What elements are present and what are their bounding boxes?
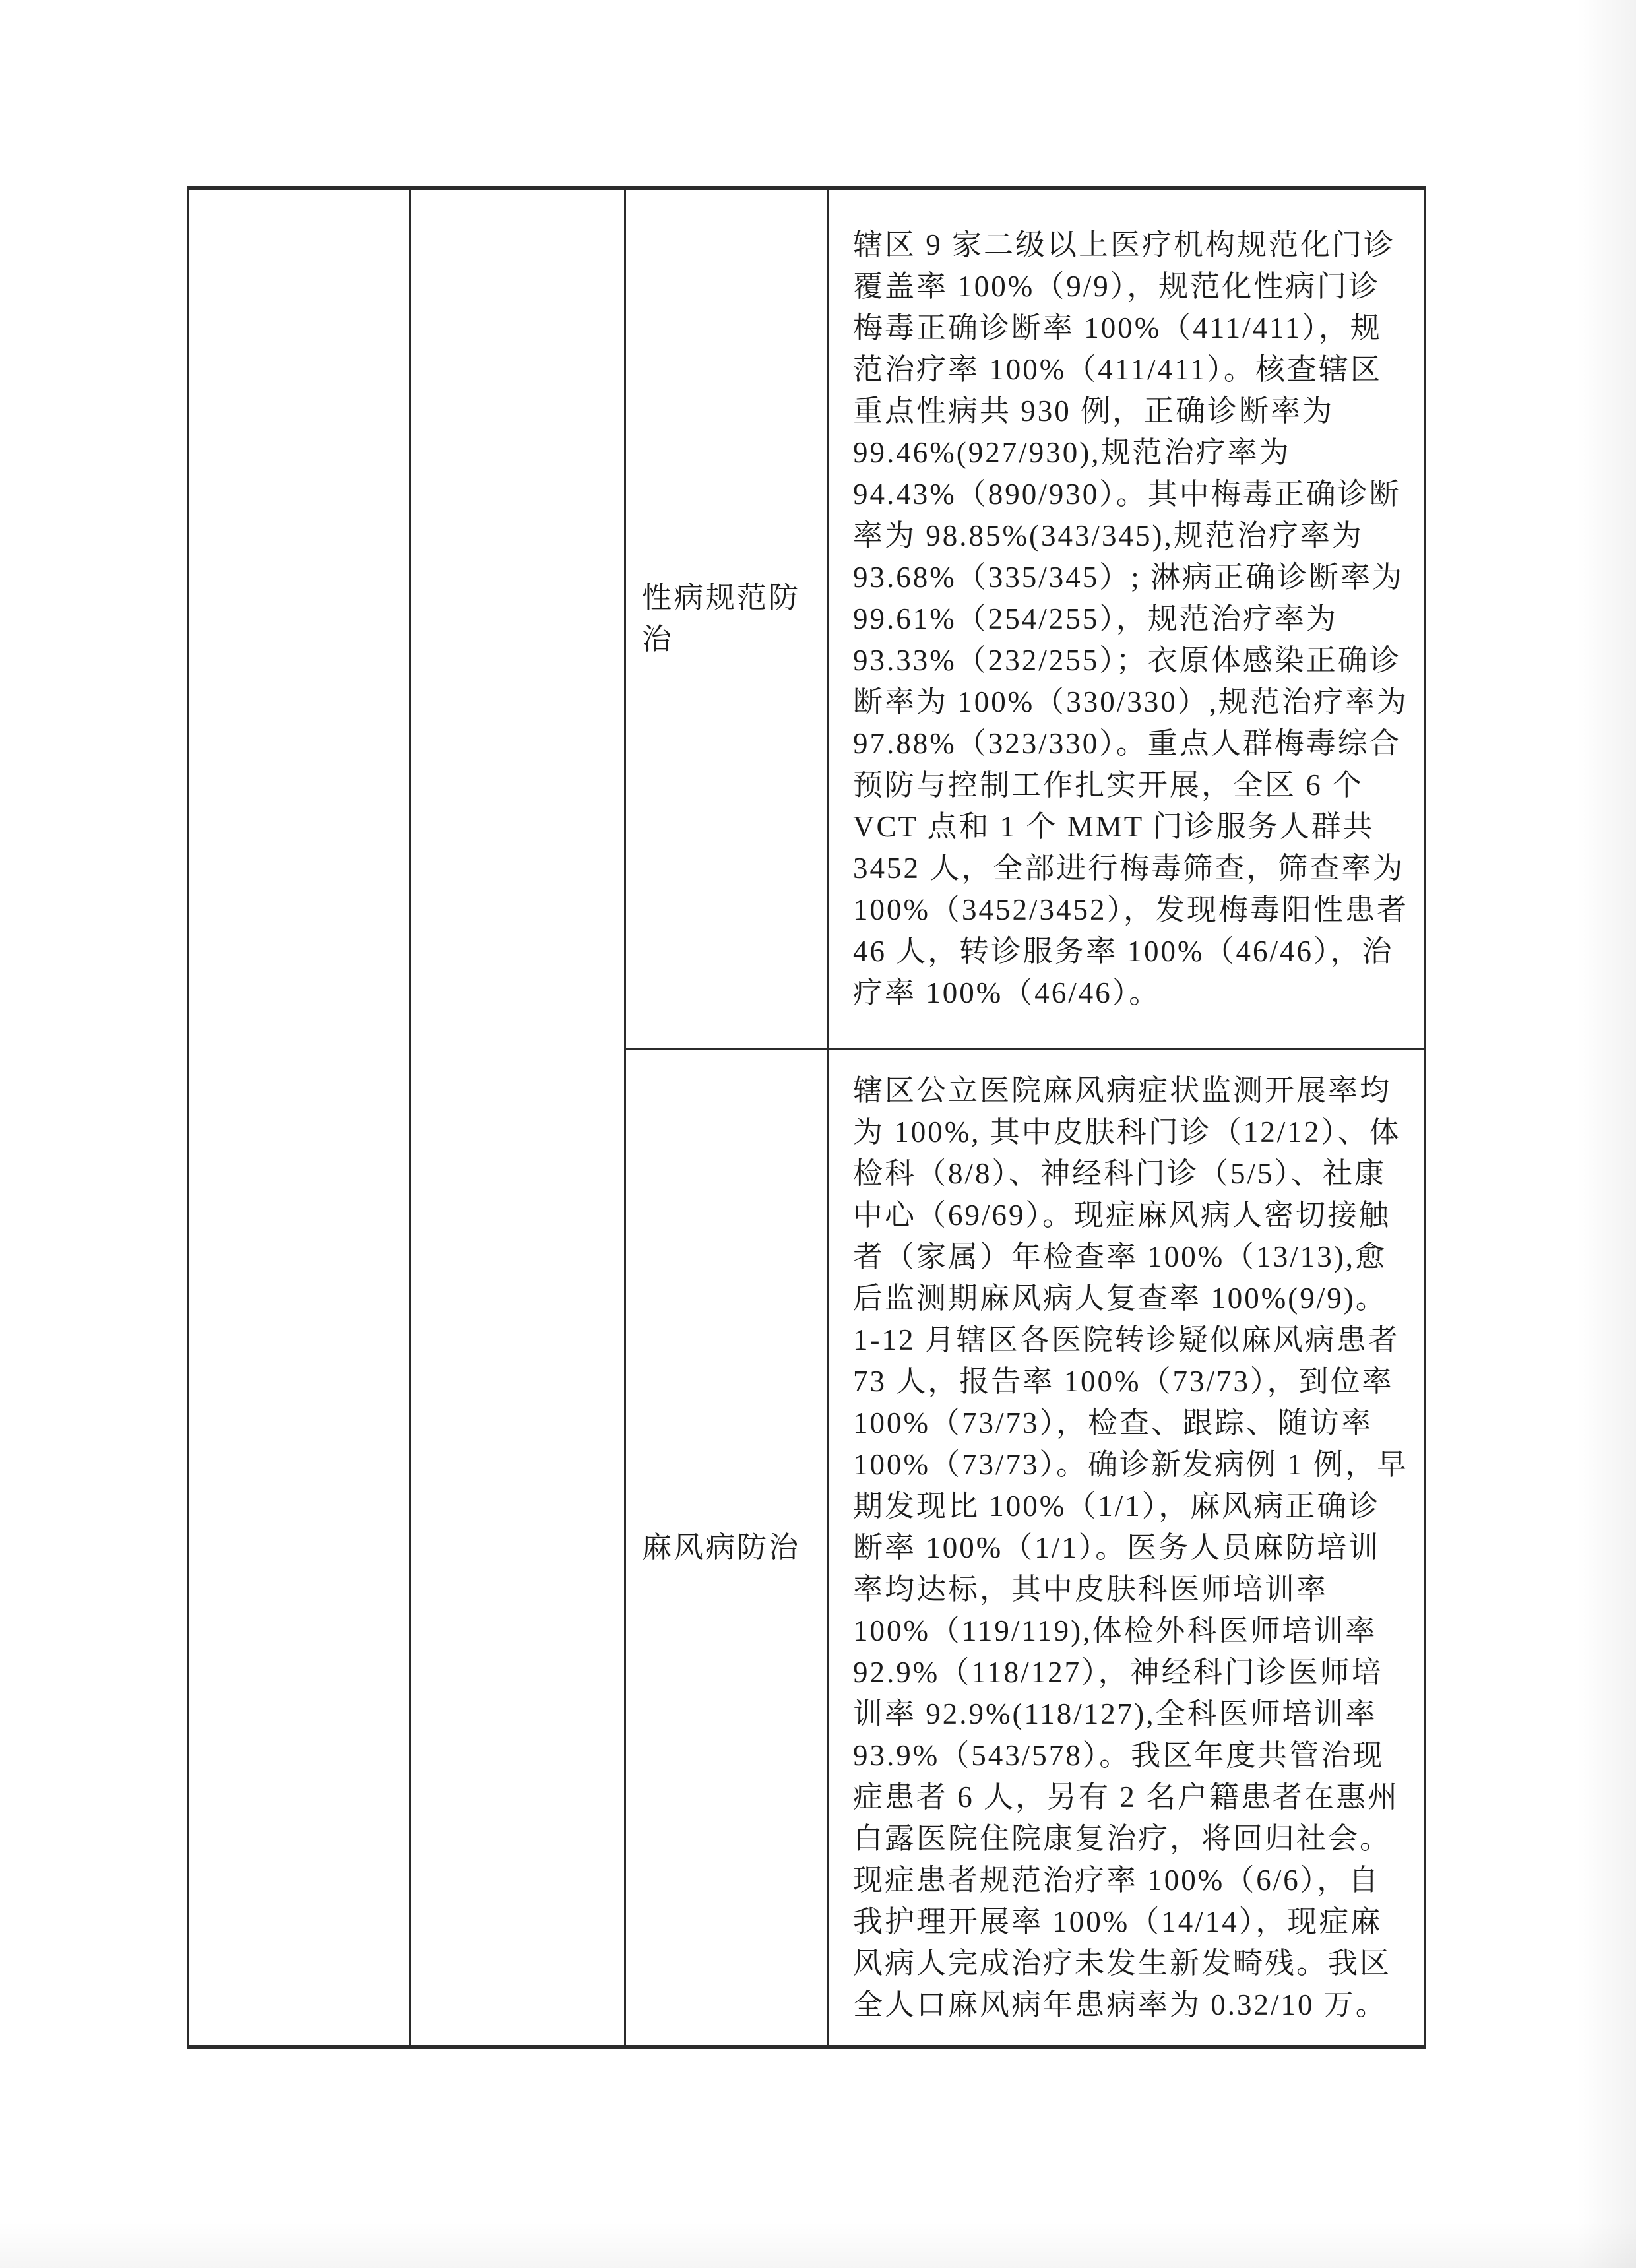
row-label-leprosy-prevention-text: 麻风病防治 [626,1527,805,1569]
row-content-std-prevention-text: 辖区 9 家二级以上医疗机构规范化门诊覆盖率 100%（9/9），规范化性病门诊… [829,224,1424,1014]
row-label-std-prevention-text: 性病规范防治 [626,577,827,660]
row-label-std-prevention: 性病规范防治 [624,190,827,1048]
table-cell-empty-col1 [189,190,409,2045]
table-cell-empty-col2 [409,190,624,2045]
row-content-leprosy-prevention-text: 辖区公立医院麻风病症状监测开展率均为 100%, 其中皮肤科门诊（12/12）、… [829,1070,1424,2026]
row-label-leprosy-prevention: 麻风病防治 [624,1048,827,2045]
row-content-std-prevention: 辖区 9 家二级以上医疗机构规范化门诊覆盖率 100%（9/9），规范化性病门诊… [827,190,1424,1048]
scan-shading-bottom [0,2222,1636,2268]
scan-shading-right [1577,0,1636,2268]
report-table: 性病规范防治 辖区 9 家二级以上医疗机构规范化门诊覆盖率 100%（9/9），… [187,186,1426,2049]
row-content-leprosy-prevention: 辖区公立医院麻风病症状监测开展率均为 100%, 其中皮肤科门诊（12/12）、… [827,1048,1424,2045]
scanned-document-page: 性病规范防治 辖区 9 家二级以上医疗机构规范化门诊覆盖率 100%（9/9），… [0,0,1636,2268]
